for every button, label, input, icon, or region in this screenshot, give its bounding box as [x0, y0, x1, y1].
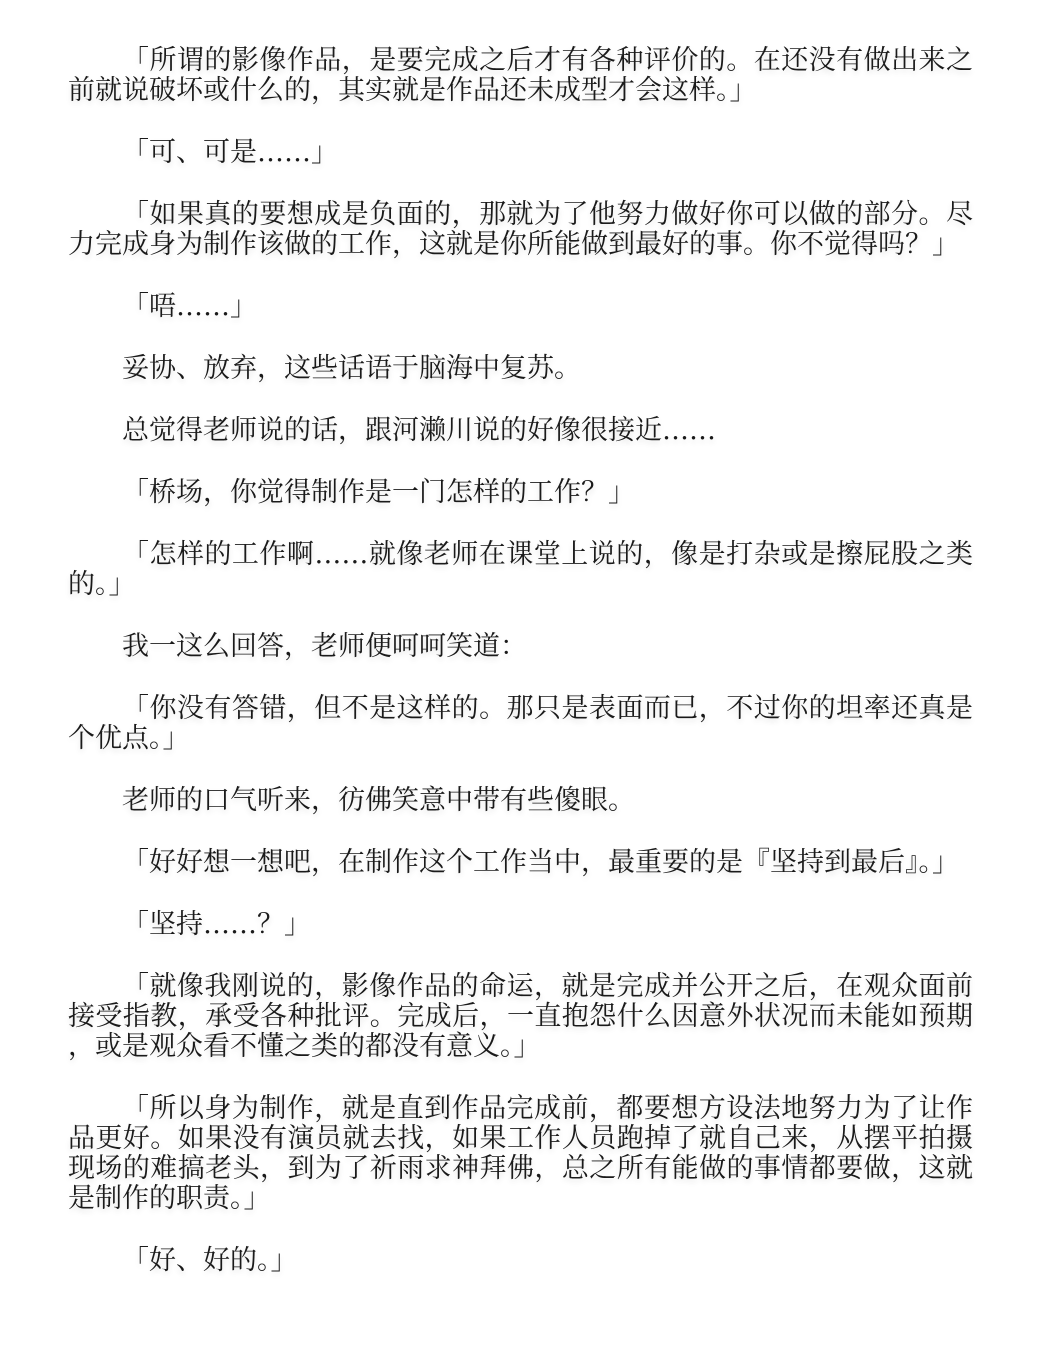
novel-page: 「所谓的影像作品，是要完成之后才有各种评价的。在还没有做出来之前就说破坏或什么的…: [68, 46, 973, 1308]
paragraph-dialogue: 「就像我刚说的，影像作品的命运，就是完成并公开之后，在观众面前接受指教，承受各种…: [68, 972, 973, 1062]
paragraph-dialogue: 「如果真的要想成是负面的，那就为了他努力做好你可以做的部分。尽力完成身为制作该做…: [68, 200, 973, 260]
paragraph-dialogue: 「所谓的影像作品，是要完成之后才有各种评价的。在还没有做出来之前就说破坏或什么的…: [68, 46, 973, 106]
paragraph-dialogue: 「好、好的。」: [68, 1246, 973, 1276]
paragraph-dialogue: 「怎样的工作啊……就像老师在课堂上说的，像是打杂或是擦屁股之类的。」: [68, 540, 973, 600]
paragraph-dialogue: 「唔……」: [68, 292, 973, 322]
paragraph-dialogue: 「可、可是……」: [68, 138, 973, 168]
paragraph-narration: 老师的口气听来，彷佛笑意中带有些傻眼。: [68, 786, 973, 816]
paragraph-dialogue: 「好好想一想吧，在制作这个工作当中，最重要的是『坚持到最后』。」: [68, 848, 973, 878]
paragraph-narration: 总觉得老师说的话，跟河濑川说的好像很接近……: [68, 416, 973, 446]
paragraph-narration: 我一这么回答，老师便呵呵笑道：: [68, 632, 973, 662]
paragraph-dialogue: 「所以身为制作，就是直到作品完成前，都要想方设法地努力为了让作品更好。如果没有演…: [68, 1094, 973, 1214]
paragraph-dialogue: 「你没有答错，但不是这样的。那只是表面而已，不过你的坦率还真是个优点。」: [68, 694, 973, 754]
paragraph-narration: 妥协、放弃，这些话语于脑海中复苏。: [68, 354, 973, 384]
paragraph-dialogue: 「桥场，你觉得制作是一门怎样的工作？」: [68, 478, 973, 508]
paragraph-dialogue: 「坚持……？」: [68, 910, 973, 940]
